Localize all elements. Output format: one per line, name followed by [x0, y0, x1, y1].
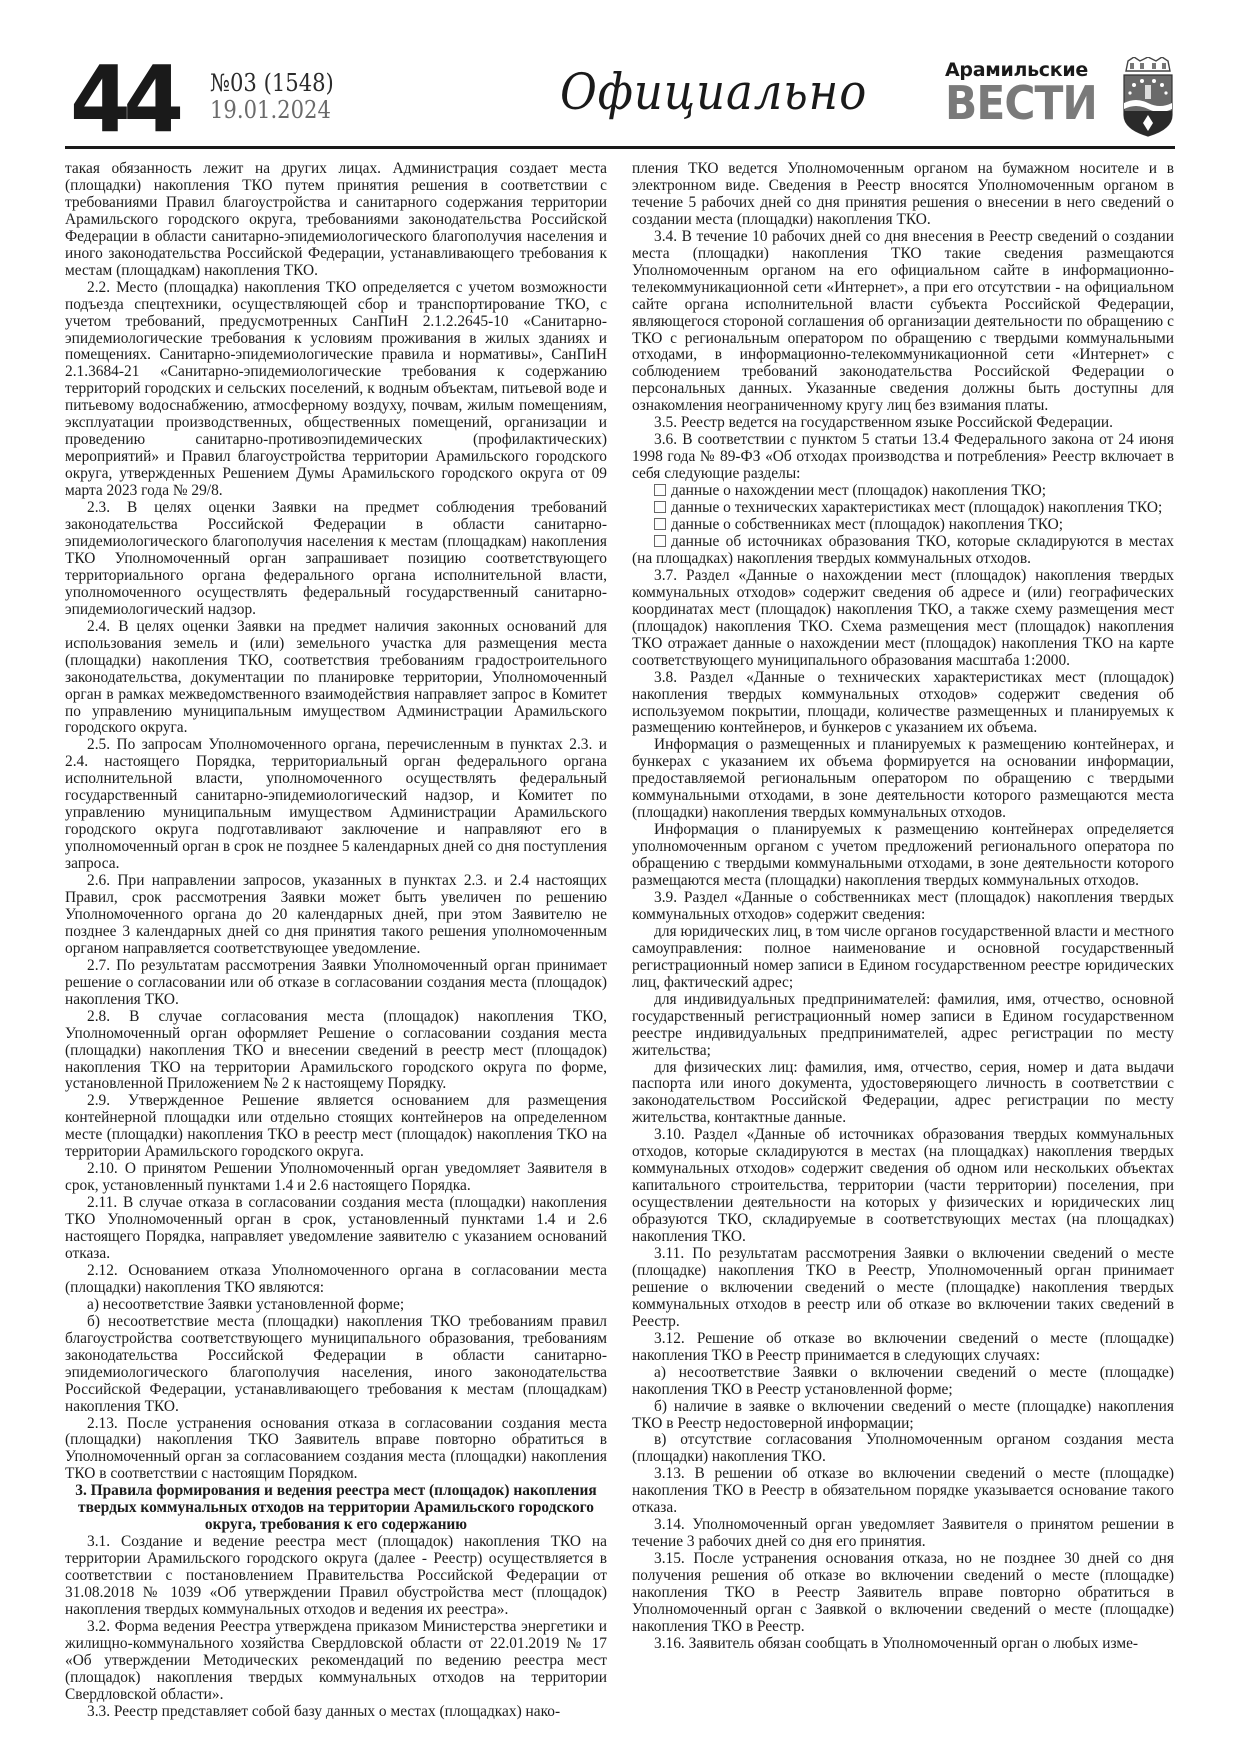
paragraph-3-10: 3.10. Раздел «Данные об источниках образ…: [632, 1127, 1174, 1246]
checkbox-bullet-icon: [654, 501, 666, 513]
paragraph-2-7: 2.7. По результатам рассмотрения Заявки …: [65, 958, 607, 1009]
paragraph-2-8: 2.8. В случае согласования места (площад…: [65, 1009, 607, 1094]
checkbox-bullet-icon: [654, 535, 666, 547]
checkbox-bullet-icon: [654, 484, 666, 496]
header-divider: [65, 146, 1175, 149]
city-coat-of-arms-icon: [1120, 57, 1176, 137]
paragraph-2-9: 2.9. Утвержденное Решение является основ…: [65, 1093, 607, 1161]
paragraph-3-1: 3.1. Создание и ведение реестра мест (пл…: [65, 1534, 607, 1619]
paragraph-2-10: 2.10. О принятом Решении Уполномоченный …: [65, 1161, 607, 1195]
issue-info: №03 (1548) 19.01.2024: [210, 70, 334, 124]
paragraph-2-3: 2.3. В целях оценки Заявки на предмет со…: [65, 500, 607, 619]
paragraph-3-12: 3.12. Решение об отказе во включении све…: [632, 1331, 1174, 1365]
paragraph-3-5: 3.5. Реестр ведется на государственном я…: [632, 415, 1174, 432]
paragraph-3-15: 3.15. После устранения основания отказа,…: [632, 1551, 1174, 1636]
paragraph-3-8-info-1: Информация о размещенных и планируемых к…: [632, 737, 1174, 822]
paragraph-3-8: 3.8. Раздел «Данные о технических характ…: [632, 670, 1174, 738]
list-item-b: б) несоответствие места (площадки) накоп…: [65, 1314, 607, 1416]
paragraph-2-4: 2.4. В целях оценки Заявки на предмет на…: [65, 619, 607, 738]
paragraph-3-2: 3.2. Форма ведения Реестра утверждена пр…: [65, 1619, 607, 1704]
bullet-item: данные об источниках образования ТКО, ко…: [632, 534, 1174, 568]
list-item-v: в) отсутствие согласования Уполномоченны…: [632, 1432, 1174, 1466]
paragraph-2-5: 2.5. По запросам Уполномоченного органа,…: [65, 737, 607, 873]
paragraph: такая обязанность лежит на других лицах.…: [65, 161, 607, 280]
paragraph-3-4: 3.4. В течение 10 рабочих дней со дня вн…: [632, 229, 1174, 415]
right-column: пления ТКО ведется Уполномоченным органо…: [632, 161, 1174, 1653]
paragraph-3-11: 3.11. По результатам рассмотрения Заявки…: [632, 1246, 1174, 1331]
paragraph-2-13: 2.13. После устранения основания отказа …: [65, 1416, 607, 1484]
paragraph-3-13: 3.13. В решении об отказе во включении с…: [632, 1466, 1174, 1517]
paragraph-3-9: 3.9. Раздел «Данные о собственниках мест…: [632, 890, 1174, 924]
checkbox-bullet-icon: [654, 518, 666, 530]
paragraph-3-16: 3.16. Заявитель обязан сообщать в Уполно…: [632, 1636, 1174, 1653]
issue-date: 19.01.2024: [210, 97, 334, 124]
paragraph-3-7: 3.7. Раздел «Данные о нахождении мест (п…: [632, 568, 1174, 670]
paragraph-2-12: 2.12. Основанием отказа Уполномоченного …: [65, 1263, 607, 1297]
bullet-item: данные о технических характеристиках мес…: [632, 500, 1174, 517]
paragraph-3-8-info-2: Информация о планируемых к размещению ко…: [632, 822, 1174, 890]
paragraph-2-11: 2.11. В случае отказа в согласовании соз…: [65, 1195, 607, 1263]
paragraph-3-3: 3.3. Реестр представляет собой базу данн…: [65, 1704, 607, 1721]
bullet-item: данные о нахождении мест (площадок) нако…: [632, 483, 1174, 500]
page-number: 44: [70, 54, 176, 146]
paragraph-3-14: 3.14. Уполномоченный орган уведомляет За…: [632, 1517, 1174, 1551]
paragraph-3-9-legal: для юридических лиц, в том числе органов…: [632, 924, 1174, 992]
paragraph-2-6: 2.6. При направлении запросов, указанных…: [65, 873, 607, 958]
paragraph-3-9-physical: для физических лиц: фамилия, имя, отчест…: [632, 1060, 1174, 1128]
masthead: 44 №03 (1548) 19.01.2024 Официально Арам…: [65, 0, 1175, 150]
section-title: Официально: [560, 62, 867, 122]
left-column: такая обязанность лежит на других лицах.…: [65, 161, 607, 1721]
paragraph-continued: пления ТКО ведется Уполномоченным органо…: [632, 161, 1174, 229]
paragraph-3-6: 3.6. В соответствии с пунктом 5 статьи 1…: [632, 432, 1174, 483]
section-heading-3: 3. Правила формирования и ведения реестр…: [65, 1483, 607, 1534]
paragraph-2-2: 2.2. Место (площадка) накопления ТКО опр…: [65, 280, 607, 500]
issue-number: №03 (1548): [210, 70, 334, 97]
list-item-a: а) несоответствие Заявки о включении све…: [632, 1365, 1174, 1399]
bullet-item: данные о собственниках мест (площадок) н…: [632, 517, 1174, 534]
list-item-a: а) несоответствие Заявки установленной ф…: [65, 1297, 607, 1314]
list-item-b: б) наличие в заявке о включении сведений…: [632, 1399, 1174, 1433]
paragraph-3-9-ip: для индивидуальных предпринимателей: фам…: [632, 992, 1174, 1060]
